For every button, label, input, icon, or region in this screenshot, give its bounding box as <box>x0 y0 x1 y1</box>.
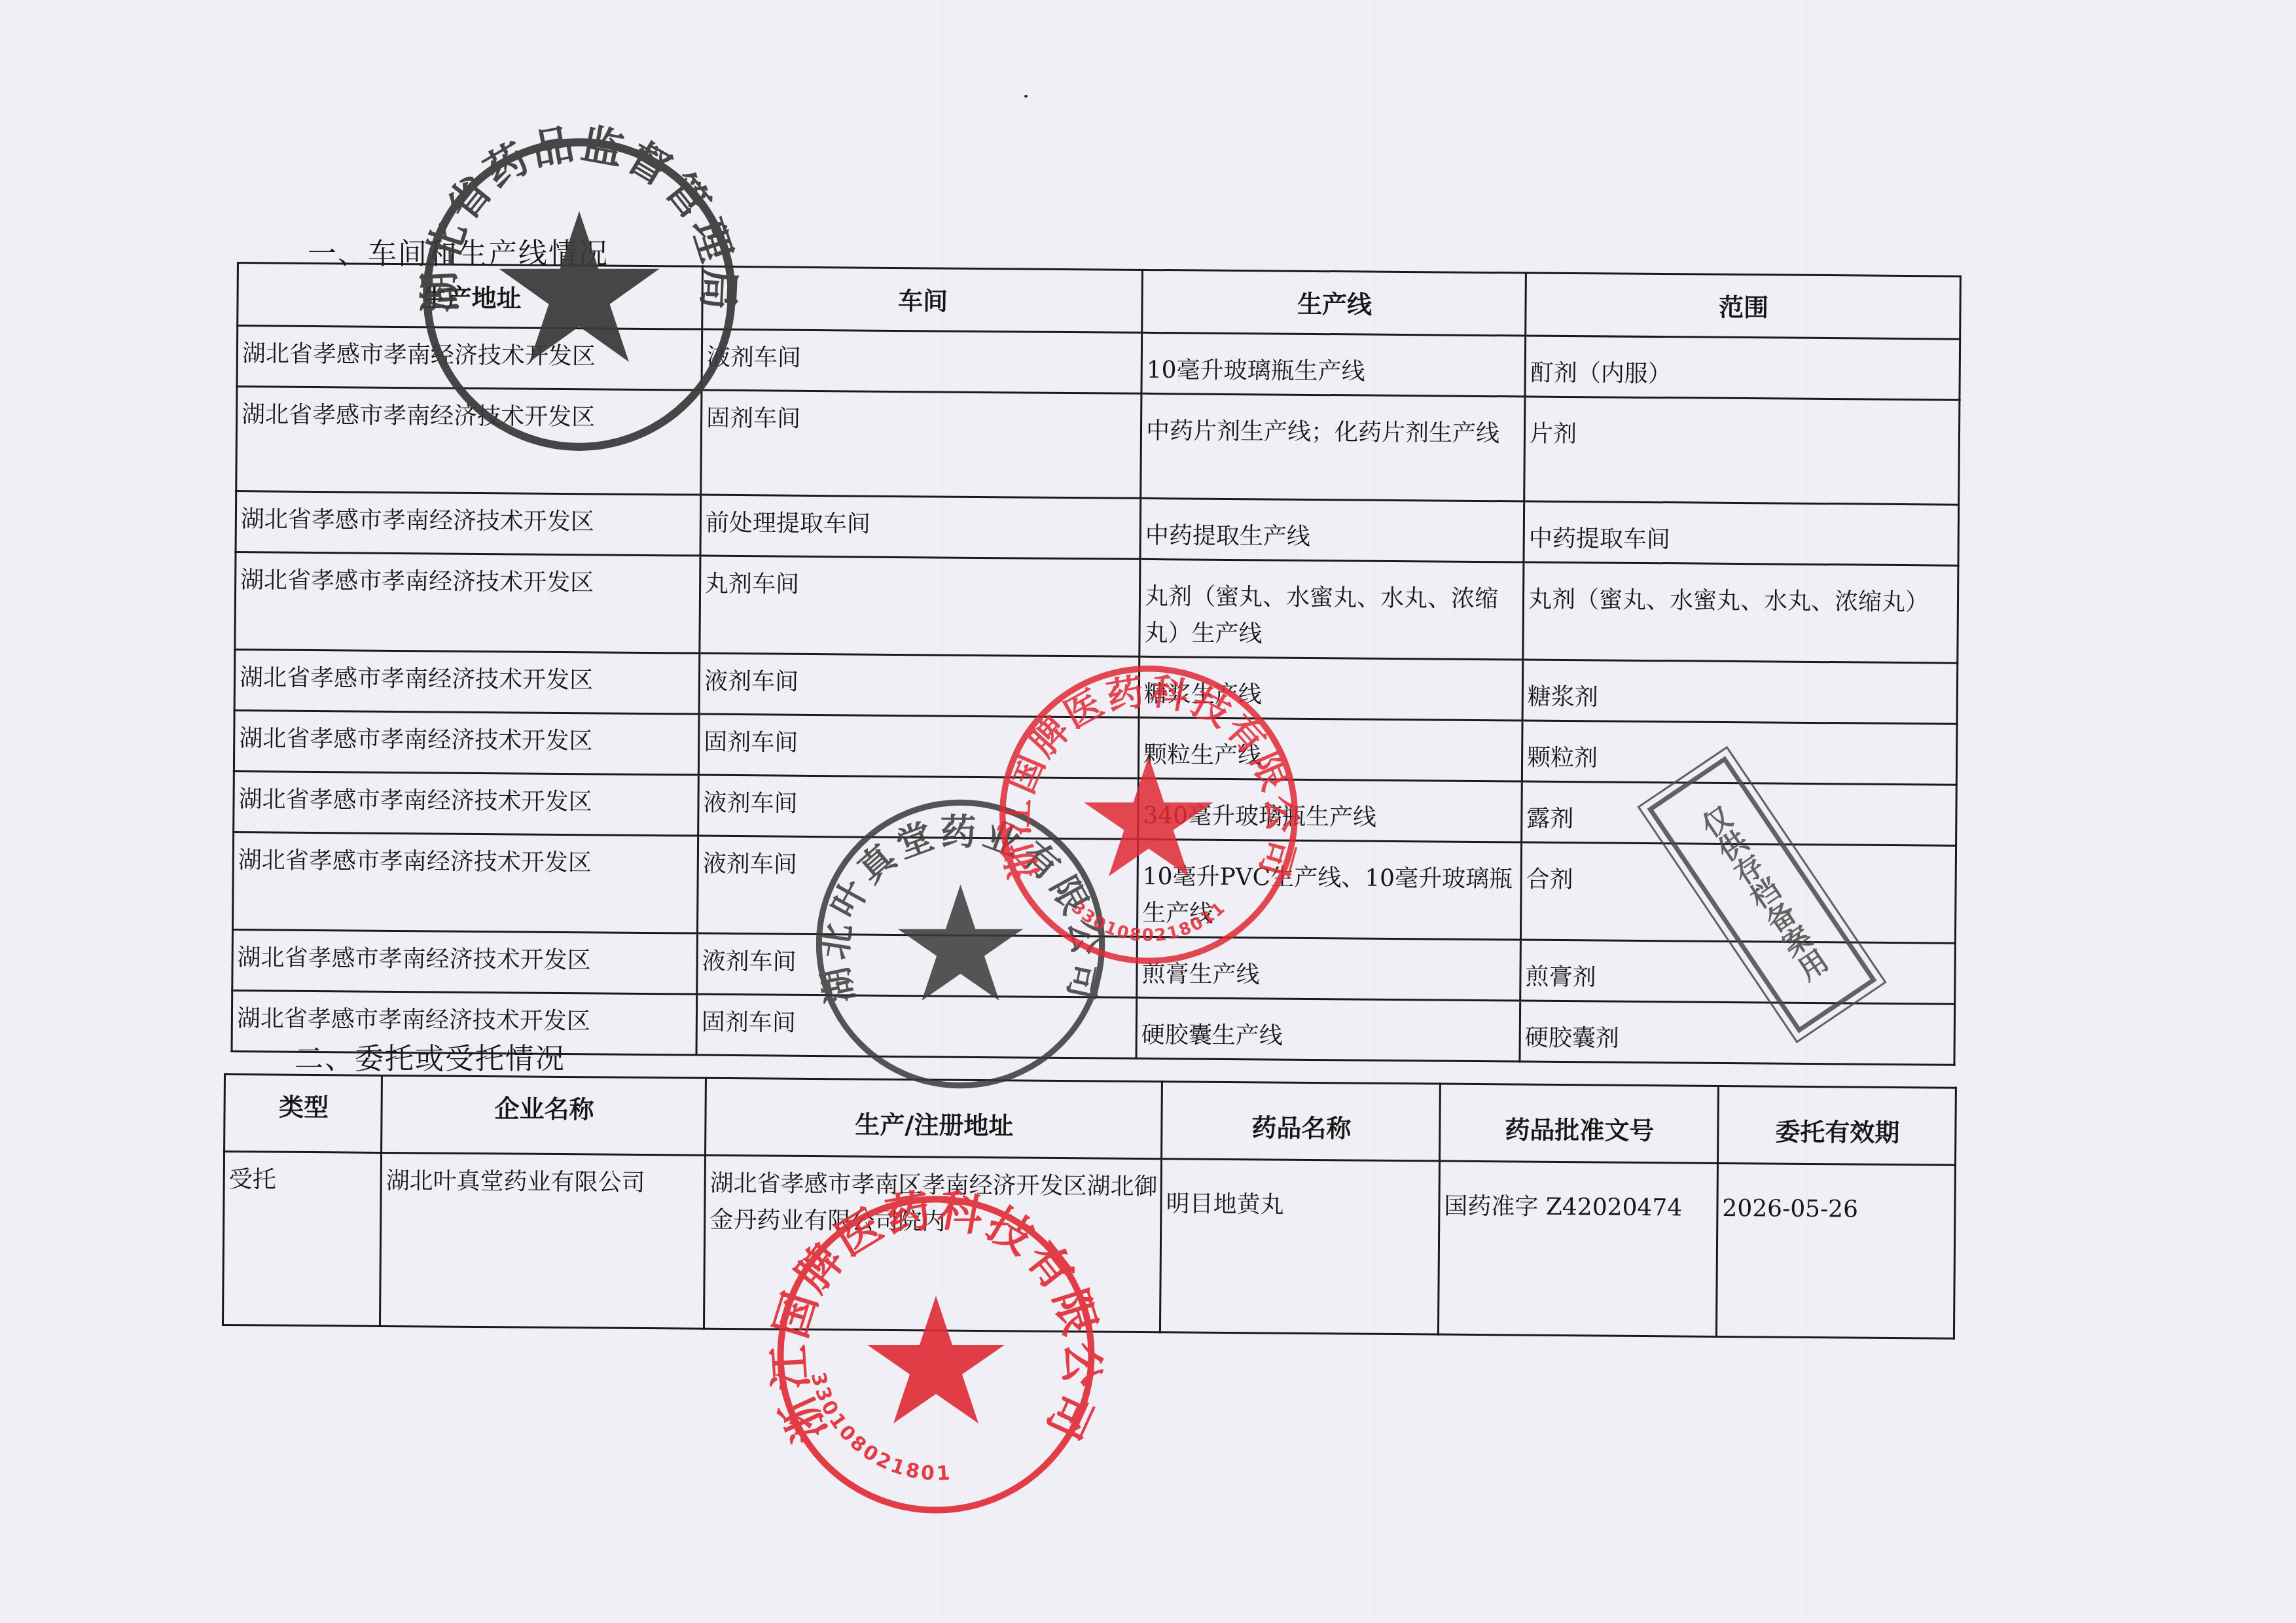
section2-title: 二、委托或受托情况 <box>295 1035 565 1077</box>
entrust-table: 类型 企业名称 生产/注册地址 药品名称 药品批准文号 委托有效期 受托湖北叶真… <box>222 1073 1957 1340</box>
cell-line: 丸剂（蜜丸、水蜜丸、水丸、浓缩丸）生产线 <box>1139 559 1524 660</box>
cell-workshop: 丸剂车间 <box>700 556 1140 656</box>
cell-line: 10毫升玻璃瓶生产线 <box>1141 332 1526 397</box>
cell-line: 中药片剂生产线；化药片剂生产线 <box>1141 393 1525 501</box>
cell-line: 340毫升玻璃瓶生产线 <box>1138 778 1522 842</box>
cell-workshop: 前处理提取车间 <box>700 495 1141 559</box>
cell-approval-no: 国药准字 Z42020474 <box>1438 1161 1717 1336</box>
cell-address: 湖北省孝感市孝南经济技术开发区 <box>234 771 699 836</box>
cell-address: 湖北省孝感市孝南经济技术开发区 <box>232 929 698 994</box>
cell-workshop: 液剂车间 <box>699 653 1139 717</box>
cell-workshop: 液剂车间 <box>702 329 1142 393</box>
scan-speck <box>1024 95 1028 98</box>
table-row: 湖北省孝感市孝南经济技术开发区固剂车间中药片剂生产线；化药片剂生产线片剂 <box>236 387 1960 505</box>
cell-address: 湖北省孝感市孝南经济技术开发区 <box>235 552 700 653</box>
cell-address: 湖北省孝感市孝南经济技术开发区 <box>234 649 700 714</box>
cell-scope: 中药提取车间 <box>1524 501 1959 565</box>
cell-address: 湖北省孝感市孝南经济技术开发区 <box>232 832 698 933</box>
cell-line: 颗粒生产线 <box>1138 717 1522 781</box>
cell-workshop: 液剂车间 <box>697 836 1138 936</box>
table-header-row: 类型 企业名称 生产/注册地址 药品名称 药品批准文号 委托有效期 <box>224 1075 1956 1166</box>
cell-scope: 片剂 <box>1524 397 1960 505</box>
cell-line: 硬胶囊生产线 <box>1136 997 1520 1061</box>
cell-line: 煎膏生产线 <box>1137 936 1521 1001</box>
table-row: 湖北省孝感市孝南经济技术开发区丸剂车间丸剂（蜜丸、水蜜丸、水丸、浓缩丸）生产线丸… <box>235 552 1958 663</box>
cell-address: 湖北省孝感市孝南区孝南经济开发区湖北御金丹药业有限公司院内 <box>704 1155 1161 1332</box>
cell-address: 湖北省孝感市孝南经济技术开发区 <box>236 491 701 556</box>
cell-workshop: 固剂车间 <box>696 994 1137 1058</box>
header-company: 企业名称 <box>382 1075 706 1155</box>
cell-valid-until: 2026-05-26 <box>1716 1163 1955 1338</box>
cell-address: 湖北省孝感市孝南经济技术开发区 <box>234 710 699 775</box>
header-approval-no: 药品批准文号 <box>1440 1084 1719 1163</box>
cell-workshop: 固剂车间 <box>701 390 1141 498</box>
cell-workshop: 液剂车间 <box>698 775 1139 839</box>
cell-workshop: 液剂车间 <box>697 933 1138 997</box>
cell-drug-name: 明目地黄丸 <box>1160 1159 1439 1334</box>
header-address: 生产地址 <box>238 263 703 330</box>
cell-line: 中药提取生产线 <box>1140 498 1524 562</box>
header-line: 生产线 <box>1142 270 1526 336</box>
cell-scope: 糖浆剂 <box>1522 660 1958 724</box>
cell-address: 湖北省孝感市孝南经济技术开发区 <box>236 387 702 495</box>
cell-line: 10毫升PVC生产线、10毫升玻璃瓶生产线 <box>1137 839 1521 940</box>
cell-scope: 硬胶囊剂 <box>1520 1001 1955 1065</box>
cell-type: 受托 <box>223 1152 381 1327</box>
header-address: 生产/注册地址 <box>706 1078 1162 1158</box>
header-drug-name: 药品名称 <box>1162 1082 1441 1161</box>
header-scope: 范围 <box>1526 273 1961 339</box>
cell-line: 糖浆生产线 <box>1139 656 1523 721</box>
cell-company: 湖北叶真堂药业有限公司 <box>380 1152 705 1329</box>
cell-scope: 颗粒剂 <box>1522 721 1957 785</box>
cell-scope: 酊剂（内服） <box>1525 336 1960 400</box>
cell-scope: 煎膏剂 <box>1520 940 1956 1004</box>
cell-workshop: 固剂车间 <box>698 714 1139 778</box>
cell-scope: 丸剂（蜜丸、水蜜丸、水丸、浓缩丸） <box>1523 562 1958 663</box>
table-row: 受托湖北叶真堂药业有限公司湖北省孝感市孝南区孝南经济开发区湖北御金丹药业有限公司… <box>223 1152 1955 1339</box>
cell-address: 湖北省孝感市孝南经济技术开发区 <box>237 326 702 391</box>
workshop-table: 生产地址 车间 生产线 范围 湖北省孝感市孝南经济技术开发区液剂车间10毫升玻璃… <box>231 262 1962 1066</box>
header-workshop: 车间 <box>702 266 1143 332</box>
document-page: 一、车间和生产线情况 生产地址 车间 生产线 范围 湖北省孝感市孝南经济技术开发… <box>0 0 2296 1623</box>
header-valid-until: 委托有效期 <box>1717 1086 1956 1165</box>
header-type: 类型 <box>224 1075 382 1153</box>
